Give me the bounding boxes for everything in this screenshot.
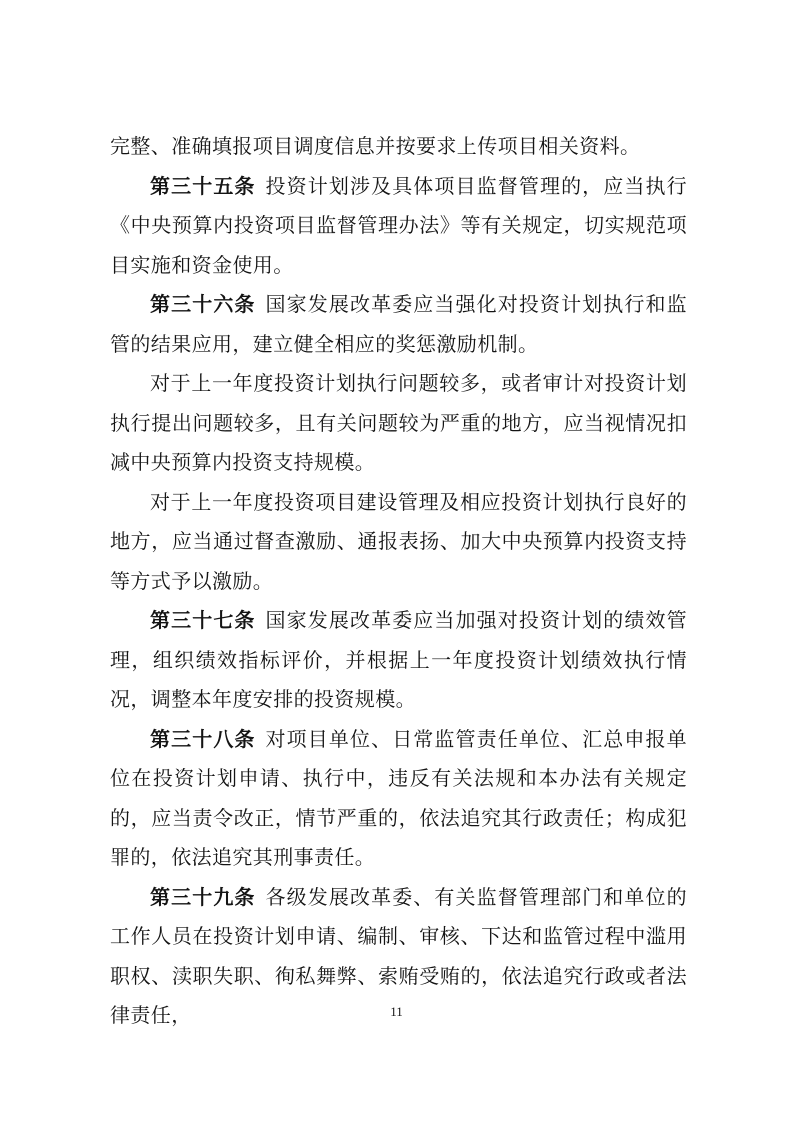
- document-paragraph: 对于上一年度投资项目建设管理及相应投资计划执行良好的地方，应当通过督查激励、通报…: [110, 484, 687, 603]
- article-number: 第三十五条: [150, 176, 266, 198]
- document-paragraph: 第三十六条国家发展改革委应当强化对投资计划执行和监管的结果应用，建立健全相应的奖…: [110, 286, 687, 365]
- document-paragraph: 第三十八条对项目单位、日常监管责任单位、汇总申报单位在投资计划申请、执行中，违反…: [110, 721, 687, 879]
- document-paragraph: 完整、准确填报项目调度信息并按要求上传项目相关资料。: [110, 128, 687, 168]
- document-paragraph: 对于上一年度投资计划执行问题较多，或者审计对投资计划执行提出问题较多，且有关问题…: [110, 365, 687, 484]
- paragraph-text: 对于上一年度投资项目建设管理及相应投资计划执行良好的地方，应当通过督查激励、通报…: [110, 492, 687, 593]
- page-footer: 11: [0, 1003, 793, 1021]
- document-body: 完整、准确填报项目调度信息并按要求上传项目相关资料。 第三十五条投资计划涉及具体…: [110, 128, 687, 1037]
- document-paragraph: 第三十七条国家发展改革委应当加强对投资计划的绩效管理，组织绩效指标评价，并根据上…: [110, 602, 687, 721]
- paragraph-text: 完整、准确填报项目调度信息并按要求上传项目相关资料。: [110, 136, 640, 158]
- article-number: 第三十六条: [150, 294, 266, 316]
- document-paragraph: 第三十五条投资计划涉及具体项目监督管理的，应当执行《中央预算内投资项目监督管理办…: [110, 168, 687, 287]
- paragraph-text: 对于上一年度投资计划执行问题较多，或者审计对投资计划执行提出问题较多，且有关问题…: [110, 373, 687, 474]
- article-number: 第三十八条: [150, 729, 266, 751]
- document-page: 完整、准确填报项目调度信息并按要求上传项目相关资料。 第三十五条投资计划涉及具体…: [0, 0, 793, 1122]
- article-number: 第三十七条: [150, 610, 266, 632]
- page-number: 11: [390, 1004, 403, 1019]
- article-number: 第三十九条: [150, 887, 266, 909]
